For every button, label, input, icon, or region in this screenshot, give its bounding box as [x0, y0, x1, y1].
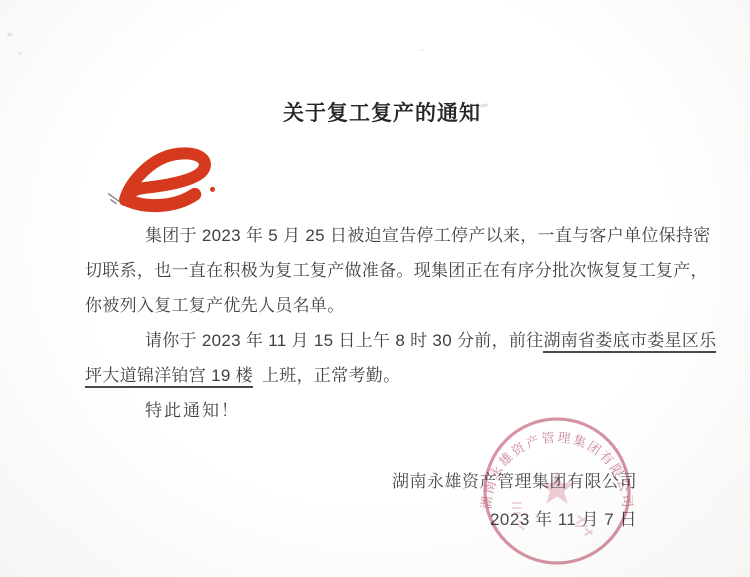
paragraph2-line2-text: 上班，正常考勤。 — [262, 366, 400, 385]
address-underlined-part1: 湖南省娄底市娄星区乐 — [543, 331, 716, 353]
notice-document: 关于复工复产的通知 集团于 2023 年 5 月 25 日被迫宣告停工停产以来，… — [0, 0, 750, 577]
paragraph1-line1: 集团于 2023 年 5 月 25 日被迫宣告停工停产以来，一直与客户单位保持密 — [145, 221, 711, 246]
official-seal: 湖南永雄资产管理集团有限公司 — [477, 411, 637, 571]
paper-speck — [7, 32, 13, 37]
paper-speck — [420, 49, 424, 51]
address-underlined-part2: 坪大道锦洋铂宫 19 楼 — [85, 366, 253, 388]
closing-phrase: 特此通知！ — [145, 396, 240, 421]
paragraph1-line3: 你被列入复工复产优先人员名单。 — [85, 291, 345, 316]
seal-star-icon — [540, 471, 574, 504]
seal-inner-smudges — [513, 503, 592, 535]
red-scribble-strokes — [107, 152, 216, 208]
paragraph1-line2: 切联系，也一直在积极为复工复产做准备。现集团正在有序分批次恢复复工复产， — [85, 256, 708, 281]
paragraph2-line2: 坪大道锦洋铂宫 19 楼上班，正常考勤。 — [85, 361, 400, 386]
paper-speck — [18, 52, 22, 55]
seal-arc-text: 湖南永雄资产管理集团有限公司 — [479, 430, 636, 510]
red-scribble-mark — [98, 143, 226, 219]
notice-title: 关于复工复产的通知 — [14, 97, 750, 127]
paragraph2-line1: 请你于 2023 年 11 月 15 日上午 8 时 30 分前，前往湖南省娄底… — [145, 326, 716, 351]
svg-text:湖南永雄资产管理集团有限公司: 湖南永雄资产管理集团有限公司 — [479, 430, 636, 510]
paragraph2-line1-text: 请你于 2023 年 11 月 15 日上午 8 时 30 分前，前往 — [145, 331, 543, 350]
